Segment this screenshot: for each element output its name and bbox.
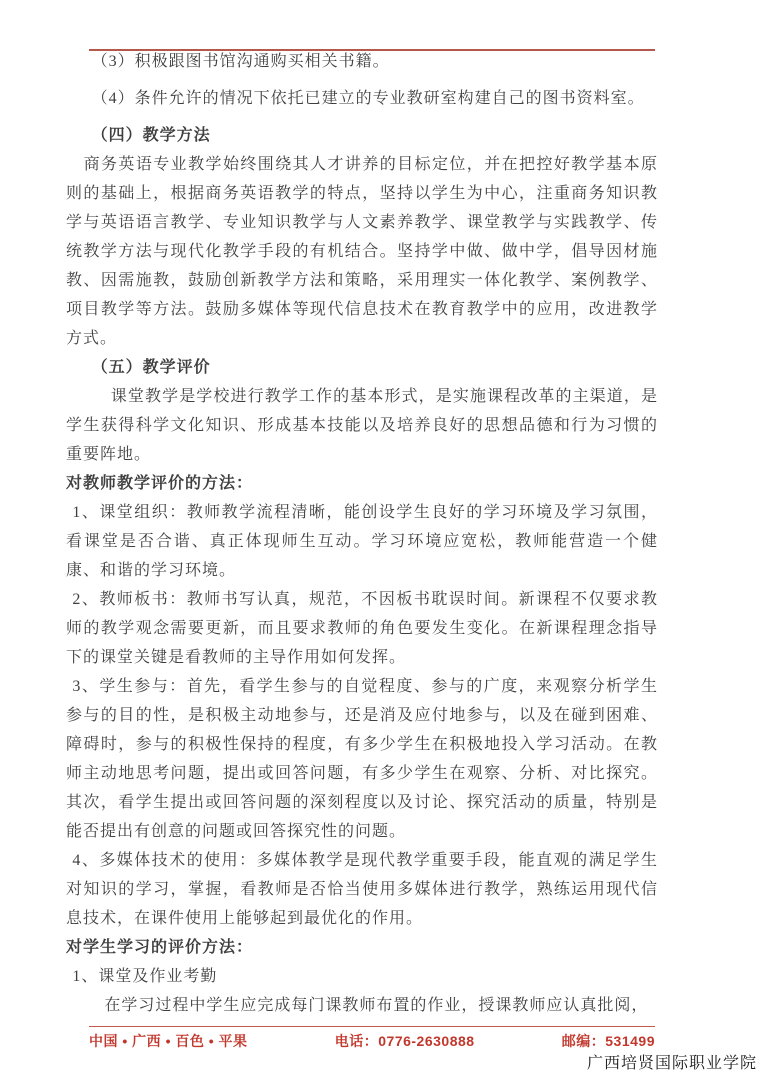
student-evaluation-item-1: 1、课堂及作业考勤 [66,962,658,991]
section-heading-teaching-methods: （四）教学方法 [66,121,658,150]
page-footer: 中国 • 广西 • 百色 • 平果 电话：0776-2630888 邮编：531… [89,1031,655,1051]
document-page: （3）积极跟图书馆沟通购买相关书籍。 （4）条件允许的情况下依托已建立的专业教研… [0,0,763,1080]
footer-phone-label: 电话： [335,1033,379,1049]
footer-location: 中国 • 广西 • 百色 • 平果 [89,1031,248,1051]
section-heading-teaching-evaluation: （五）教学评价 [66,353,658,382]
footer-phone: 电话：0776-2630888 [335,1031,475,1051]
footer-postal-code: 531499 [605,1033,655,1049]
document-body: （3）积极跟图书馆沟通购买相关书籍。 （4）条件允许的情况下依托已建立的专业教研… [66,47,658,1020]
teacher-evaluation-methods-label: 对教师教学评价的方法： [66,469,658,498]
list-item-3: （3）积极跟图书馆沟通购买相关书籍。 [66,47,658,76]
footer-divider [89,1026,655,1027]
teacher-evaluation-item-1: 1、课堂组织：教师教学流程清晰，能创设学生良好的学习环境及学习氛围，看课堂是否合… [66,498,658,585]
teacher-evaluation-item-3: 3、学生参与：首先，看学生参与的自觉程度、参与的广度，来观察分析学生参与的目的性… [66,672,658,846]
paragraph-teaching-methods: 商务英语专业教学始终围绕其人才讲养的目标定位，并在把控好教学基本原则的基础上，根… [66,150,658,353]
teacher-evaluation-item-4: 4、多媒体技术的使用：多媒体教学是现代教学重要手段，能直观的满足学生对知识的学习… [66,846,658,933]
list-item-4: （4）条件允许的情况下依托已建立的专业教研室构建自己的图书资料室。 [66,84,658,113]
footer-phone-number: 0776-2630888 [378,1033,474,1049]
paragraph-homework-attendance: 在学习过程中学生应完成每门课教师布置的作业，授课教师应认真批阅， [66,991,658,1020]
student-evaluation-methods-label: 对学生学习的评价方法： [66,933,658,962]
teacher-evaluation-item-2: 2、教师板书：教师书写认真，规范，不因板书耽误时间。新课程不仅要求教师的教学观念… [66,585,658,672]
school-watermark: 广西培贤国际职业学院 [587,1050,757,1073]
footer-postal: 邮编：531499 [562,1031,655,1051]
footer-postal-label: 邮编： [562,1033,606,1049]
paragraph-classroom-teaching: 课堂教学是学校进行教学工作的基本形式，是实施课程改革的主渠道，是学生获得科学文化… [66,382,658,469]
